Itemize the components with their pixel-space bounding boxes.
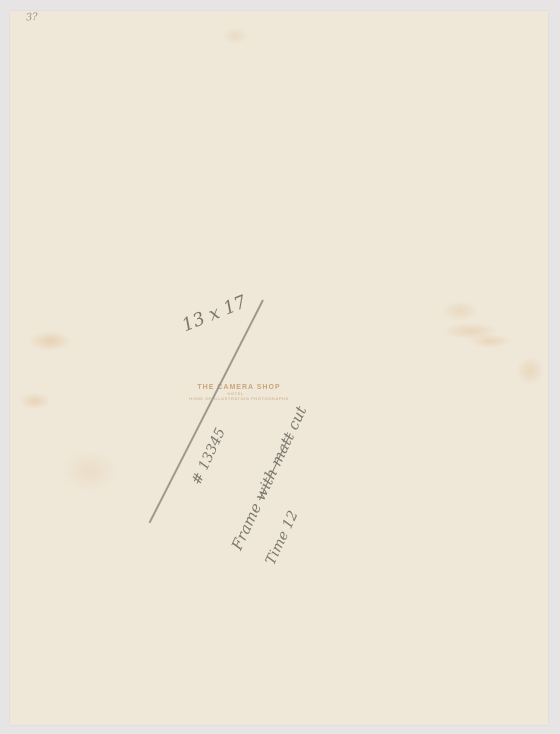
camera-shop-stamp: THE CAMERA SHOP HOTEL ... HOME OF ILLUST… [184, 384, 294, 401]
stamp-line-3: HOME OF ILLUSTRATION PHOTOGRAPHS [184, 397, 294, 402]
paper-mount [10, 11, 548, 725]
corner-pencil-note: 3? [26, 12, 39, 24]
